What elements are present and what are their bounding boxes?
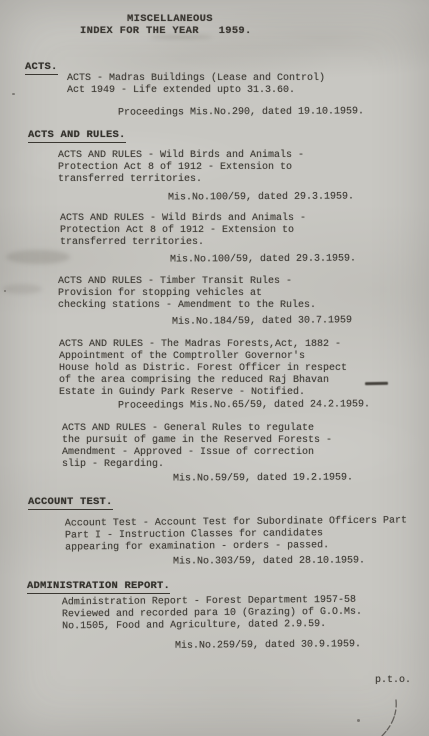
ink-dash-mark [365,382,388,385]
document-title: MISCELLANEOUS [127,13,213,25]
citation-mis-303: Mis.No.303/59, dated 28.10.1959. [173,555,365,568]
citation-mis-59: Mis.No.59/59, dated 19.2.1959. [173,473,353,486]
entry-account-test: Account Test - Account Test for Subordin… [65,516,407,555]
entry-acts-madras-buildings: ACTS - Madras Buildings (Lease and Contr… [67,73,325,97]
citation-mis-100-2: Mis.No.100/59, dated 29.3.1959. [170,254,356,267]
section-heading-acts: ACTS. [25,61,58,75]
section-heading-account-test: ACCOUNT TEST. [28,496,113,510]
ink-speck [4,290,6,292]
ink-speck [12,93,15,95]
citation-mis-100-1: Mis.No.100/59, dated 29.3.1959. [168,192,354,205]
entry-wild-birds-2: ACTS AND RULES - Wild Birds and Animals … [60,213,306,249]
margin-smudge [6,250,70,264]
entry-madras-forests-act: ACTS AND RULES - The Madras Forests,Act,… [59,339,347,399]
margin-smudge-2 [2,284,42,294]
pto-note: p.t.o. [375,675,411,687]
entry-timber-transit: ACTS AND RULES - Timber Transit Rules - … [58,276,316,312]
citation-mis-259: Mis.No.259/59, dated 30.9.1959. [175,639,361,653]
entry-wild-birds-1: ACTS AND RULES - Wild Birds and Animals … [58,150,304,186]
ink-speck [357,719,360,722]
scanned-document-page: MISCELLANEOUS INDEX FOR THE YEAR 1959. A… [0,0,429,736]
citation-mis-184: Mis.No.184/59, dated 30.7.1959 [172,315,352,329]
entry-administration-report: Administration Report - Forest Departmen… [62,595,362,634]
underline-smudge [150,35,212,39]
citation-mis-290: Proceedings Mis.No.290, dated 19.10.1959… [118,106,364,119]
section-heading-acts-and-rules: ACTS AND RULES. [28,129,126,143]
section-heading-administration-report: ADMINISTRATION REPORT. [27,580,170,594]
citation-mis-65: Proceedings Mis.No.65/59, dated 24.2.195… [118,399,370,412]
entry-general-rules-game: ACTS AND RULES - General Rules to regula… [62,423,332,471]
